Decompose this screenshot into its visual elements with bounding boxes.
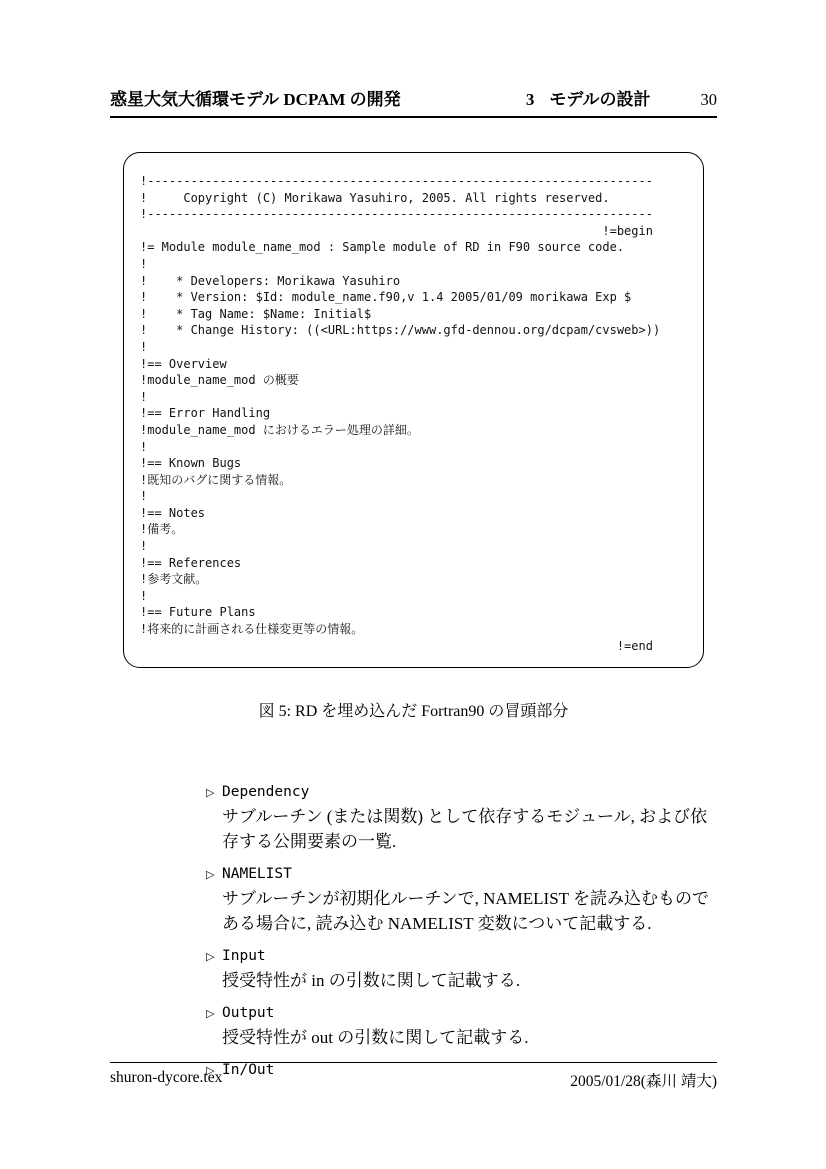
- section-number: 3: [526, 90, 535, 110]
- rd-sections-list: ▷ Dependency サブルーチン (または関数) として依存するモジュール…: [206, 781, 719, 1091]
- footer-date-author: 2005/01/28(森川 靖大): [570, 1069, 717, 1091]
- page-header: 惑星大気大循環モデル DCPAM の開発 3 モデルの設計 30: [110, 85, 717, 118]
- figure-caption: 図 5: RD を埋め込んだ Fortran90 の冒頭部分: [110, 698, 717, 721]
- page-number: 30: [701, 90, 718, 110]
- list-item-label: Input: [222, 945, 266, 967]
- triangle-bullet-icon: ▷: [206, 864, 222, 886]
- list-item-head: ▷ NAMELIST: [206, 863, 719, 886]
- fortran-source-code: !---------------------------------------…: [124, 153, 703, 654]
- list-item-description: サブルーチン (または関数) として依存するモジュール, および依存する公開要素…: [222, 804, 719, 854]
- list-item-input: ▷ Input 授受特性が in の引数に関して記載する.: [206, 945, 719, 993]
- page-footer: shuron-dycore.tex 2005/01/28(森川 靖大): [110, 1062, 717, 1091]
- list-item-label: Dependency: [222, 781, 309, 803]
- running-title: 惑星大気大循環モデル DCPAM の開発: [110, 85, 526, 110]
- list-item-head: ▷ Input: [206, 945, 719, 968]
- list-item-description: 授受特性が in の引数に関して記載する.: [222, 968, 719, 993]
- triangle-bullet-icon: ▷: [206, 946, 222, 968]
- section-title: モデルの設計: [549, 85, 650, 110]
- list-item-output: ▷ Output 授受特性が out の引数に関して記載する.: [206, 1002, 719, 1050]
- triangle-bullet-icon: ▷: [206, 782, 222, 804]
- figure-code-box: !---------------------------------------…: [123, 152, 704, 668]
- triangle-bullet-icon: ▷: [206, 1003, 222, 1025]
- footer-filename: shuron-dycore.tex: [110, 1069, 222, 1091]
- list-item-dependency: ▷ Dependency サブルーチン (または関数) として依存するモジュール…: [206, 781, 719, 854]
- list-item-label: NAMELIST: [222, 863, 292, 885]
- list-item-description: サブルーチンが初期化ルーチンで, NAMELIST を読み込むものである場合に,…: [222, 886, 719, 936]
- list-item-label: Output: [222, 1002, 274, 1024]
- list-item-namelist: ▷ NAMELIST サブルーチンが初期化ルーチンで, NAMELIST を読み…: [206, 863, 719, 936]
- list-item-head: ▷ Dependency: [206, 781, 719, 804]
- document-page: 惑星大気大循環モデル DCPAM の開発 3 モデルの設計 30 !------…: [0, 0, 826, 1169]
- list-item-description: 授受特性が out の引数に関して記載する.: [222, 1025, 719, 1050]
- list-item-head: ▷ Output: [206, 1002, 719, 1025]
